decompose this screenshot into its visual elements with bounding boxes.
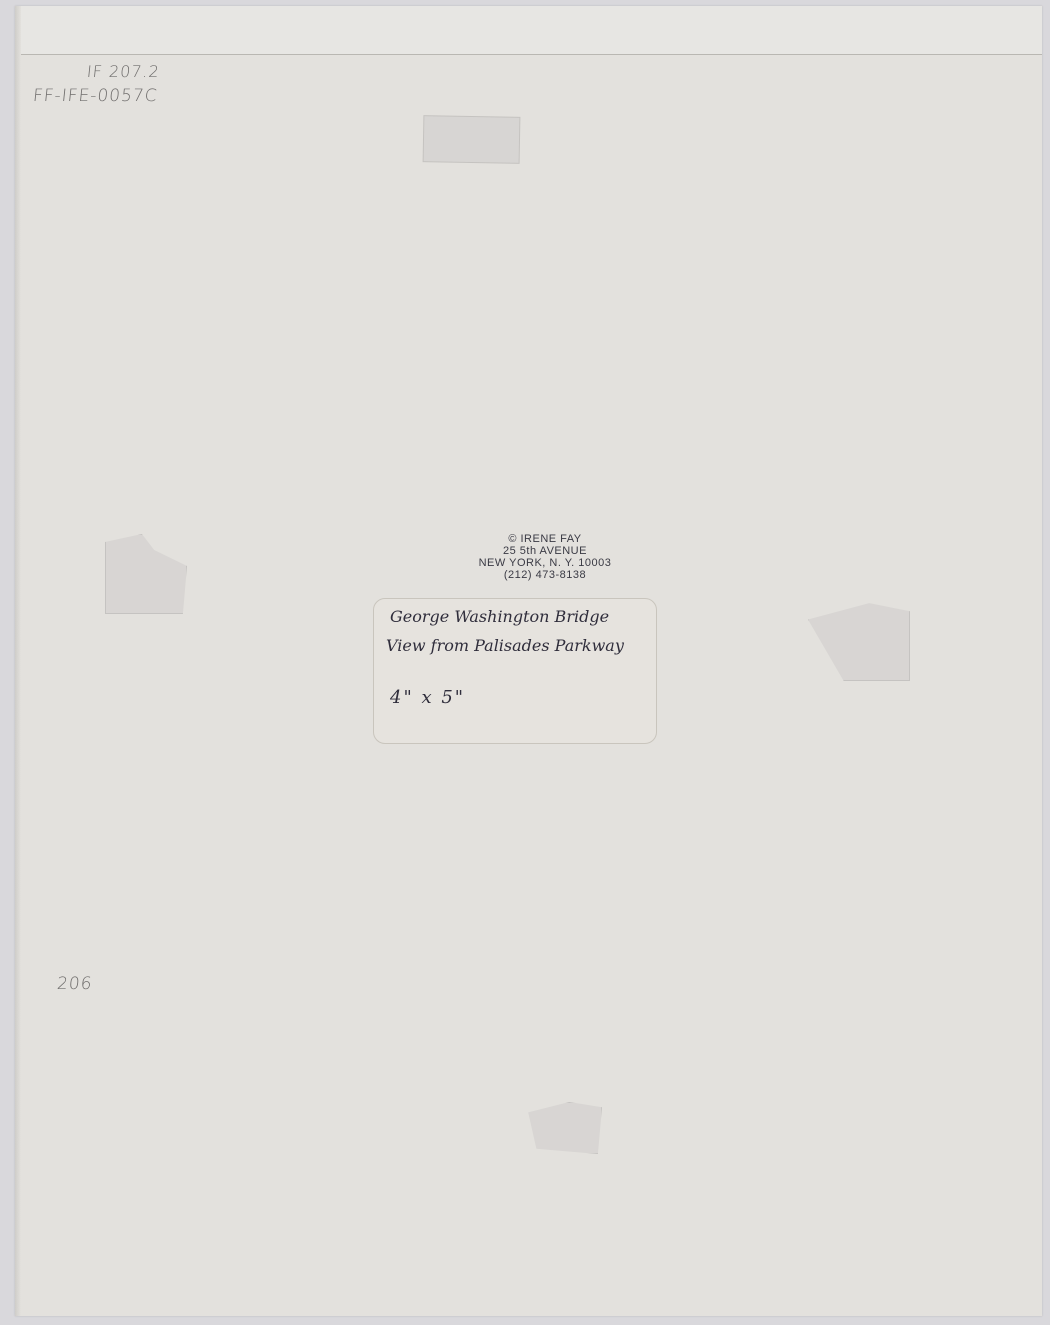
tape-residue: [808, 599, 910, 681]
stamp-line-street: 25 5th AVENUE: [425, 545, 665, 557]
pencil-reference-2: FF-IFE-0057C: [32, 86, 159, 106]
photographer-stamp: © IRENE FAY 25 5th AVENUE NEW YORK, N. Y…: [425, 533, 665, 581]
tape-residue: [520, 1102, 602, 1154]
tape-residue: [423, 115, 521, 164]
top-flap: [15, 6, 1042, 55]
caption-size: 4" x 5": [390, 687, 465, 708]
pencil-reference-1: IF 207.2: [86, 62, 161, 81]
stamp-line-city: NEW YORK, N. Y. 10003: [425, 557, 665, 569]
caption-title: George Washington Bridge: [390, 607, 609, 626]
board-edge: [15, 6, 21, 1316]
stamp-line-phone: (212) 473-8138: [425, 569, 665, 581]
pencil-page-number: 206: [56, 974, 94, 994]
tape-residue: [105, 534, 187, 614]
caption-subtitle: View from Palisades Parkway: [386, 636, 624, 655]
stamp-line-copyright: © IRENE FAY: [425, 533, 665, 545]
mount-board: IF 207.2 FF-IFE-0057C © IRENE FAY 25 5th…: [15, 6, 1042, 1316]
caption-label: George Washington Bridge View from Palis…: [373, 598, 657, 744]
